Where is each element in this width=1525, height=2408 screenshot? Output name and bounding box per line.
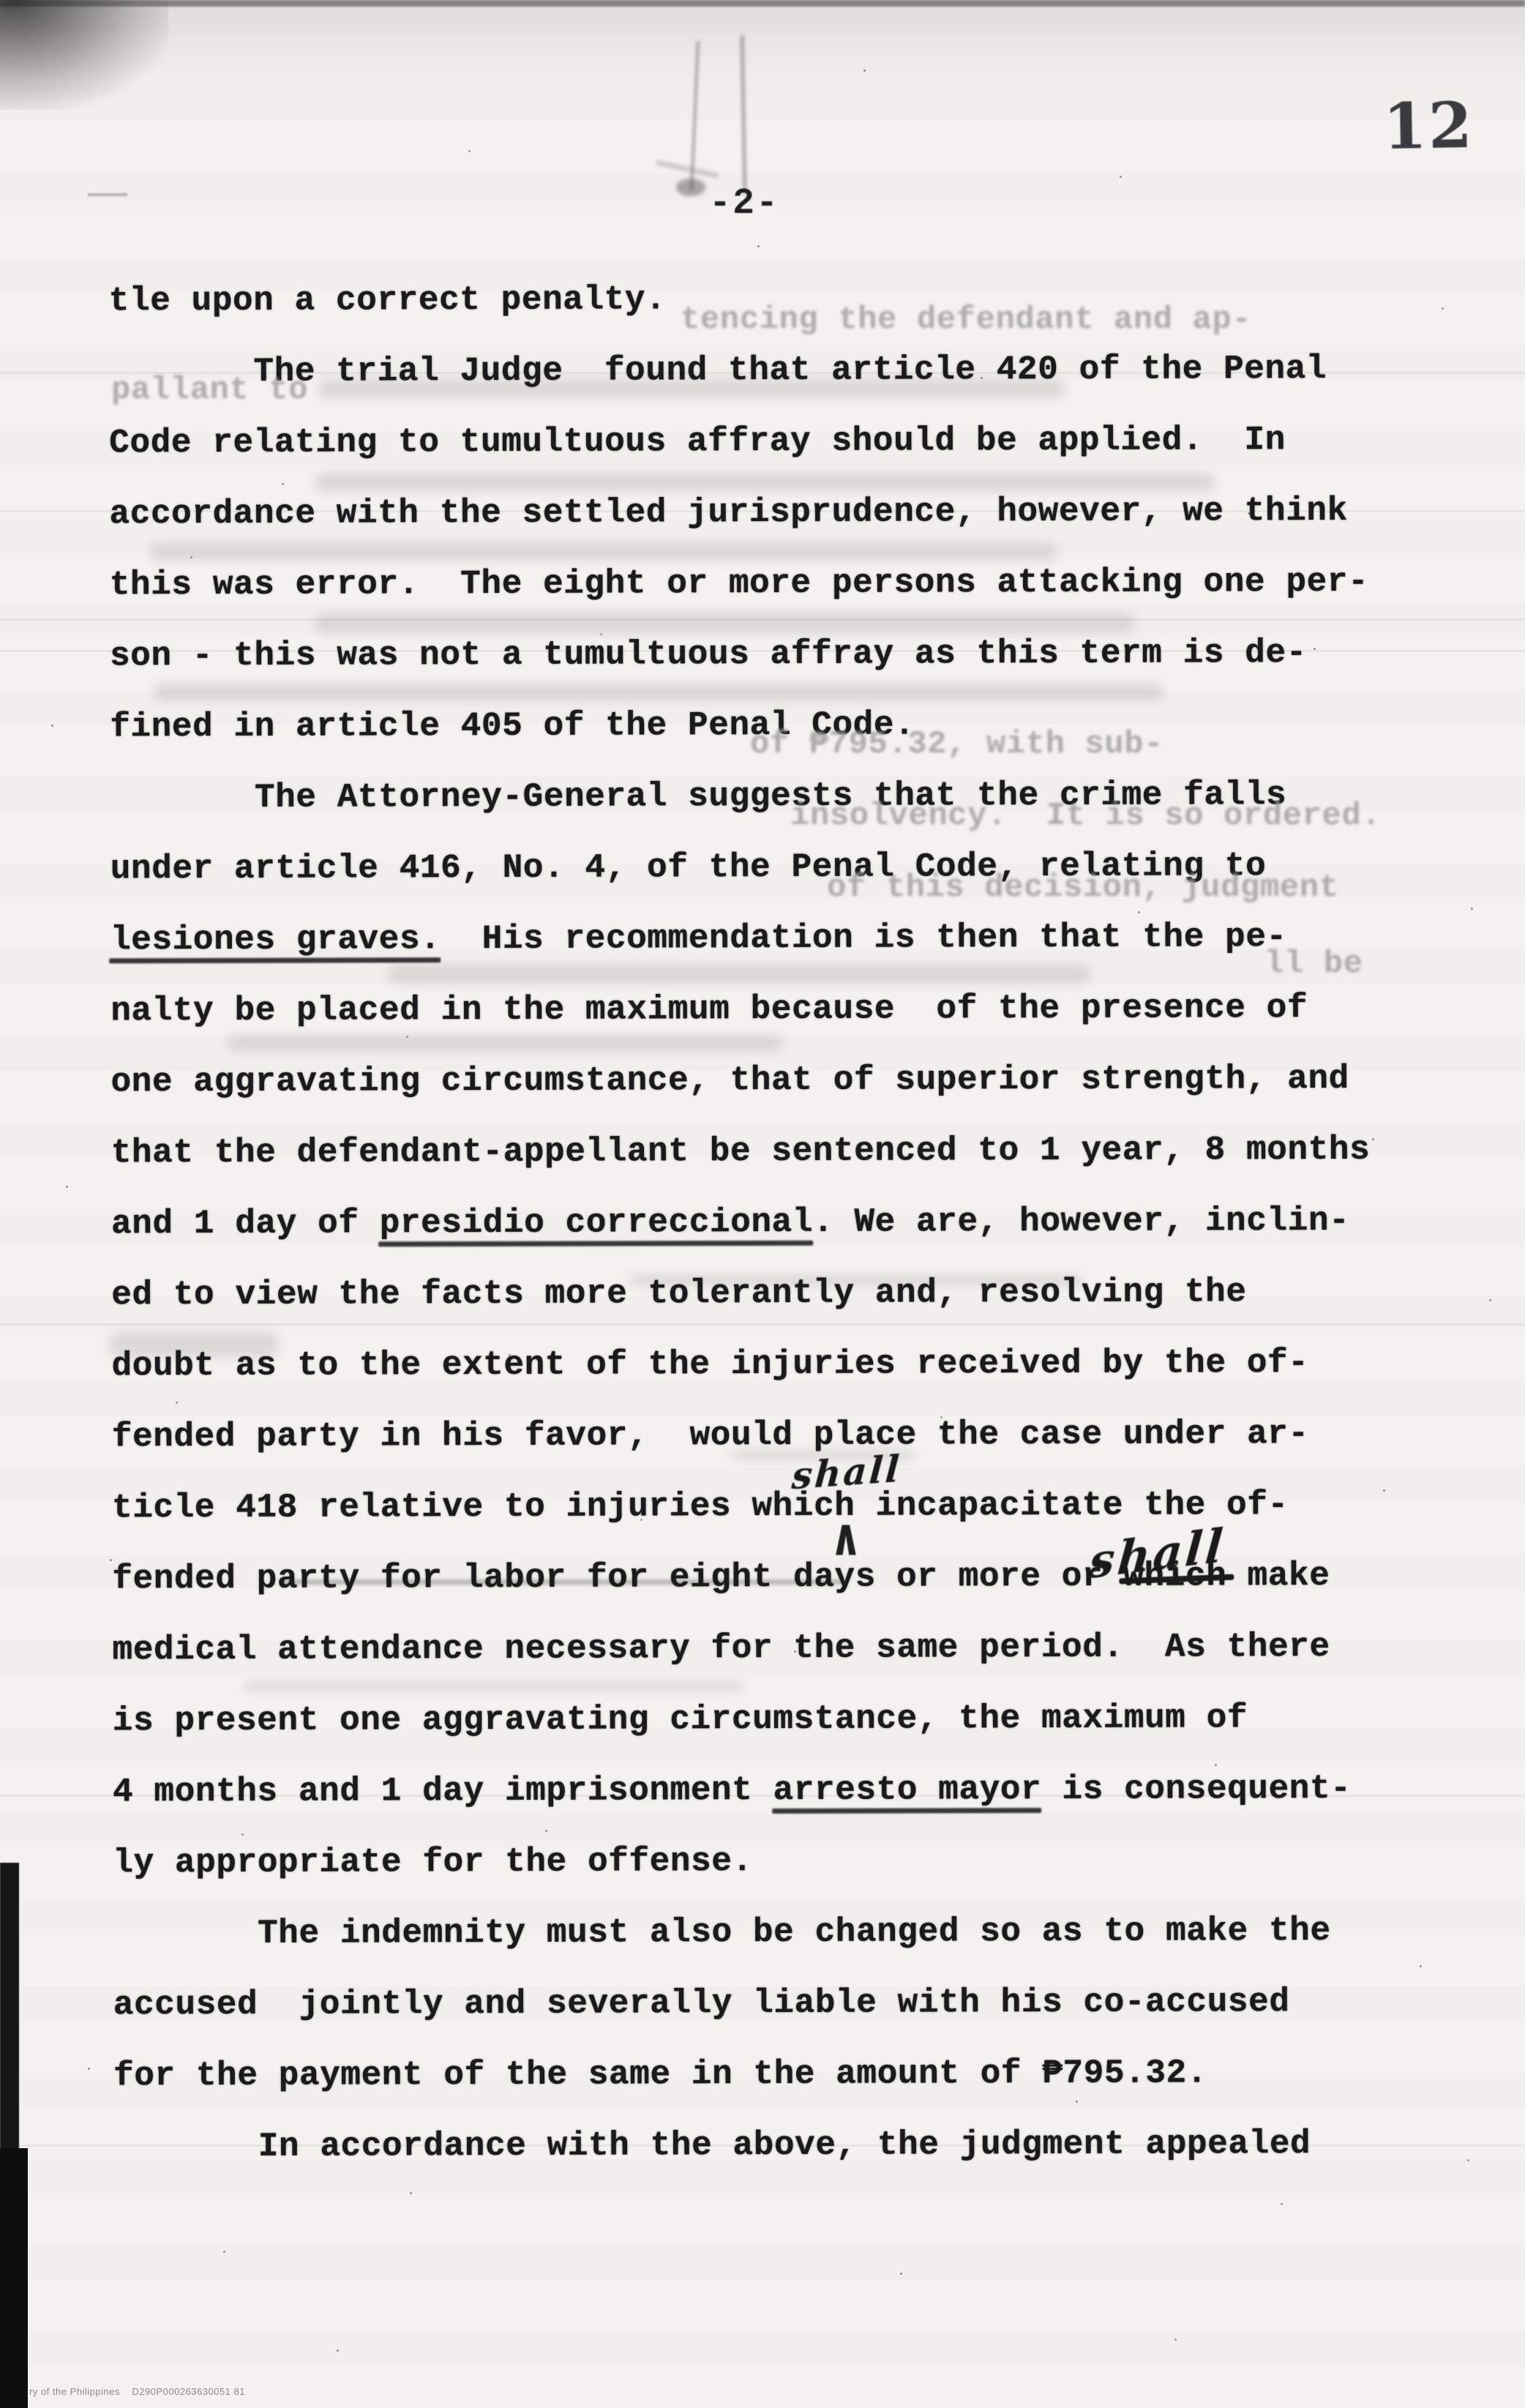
typed-line: The indemnity must also be changed so as… <box>113 1910 1331 1955</box>
typed-line: tle upon a correct penalty. <box>109 278 667 322</box>
typed-text: is present one aggravating circumstance,… <box>113 1699 1248 1740</box>
typed-text: His recommendation is then that the pe- <box>441 918 1287 958</box>
library-watermark: ry of the Philippines D290P000263630051 … <box>29 2386 245 2397</box>
typed-text: medical attendance necessary for the sam… <box>113 1628 1330 1669</box>
handwritten-insert-word: shall <box>790 1447 903 1498</box>
ghost-text-fragment: of this decision, judgment <box>827 870 1339 906</box>
typed-text: accused jointly and severally liable wit… <box>113 1983 1290 2024</box>
typed-line: for the payment of the same in the amoun… <box>113 2052 1207 2097</box>
typed-text: son - this was not a tumultuous affray a… <box>110 634 1307 675</box>
typed-line: medical attendance necessary for the sam… <box>113 1626 1330 1671</box>
underlined-term: presidio correccional <box>380 1203 813 1243</box>
typed-line: nalty be placed in the maximum because o… <box>110 987 1308 1032</box>
typed-text: is consequent- <box>1041 1770 1351 1809</box>
typed-line: fended party in his favor, would place t… <box>112 1413 1309 1458</box>
typed-text: . We are, however, inclin- <box>813 1202 1349 1241</box>
typed-line: this was error. The eight or more person… <box>110 561 1369 607</box>
ghost-text-fragment: ll be <box>1264 946 1363 982</box>
underlined-term: lesiones graves. <box>110 920 441 959</box>
typed-line: is present one aggravating circumstance,… <box>113 1697 1248 1742</box>
typed-text: ticle 418 relative to injuries which inc… <box>112 1486 1289 1527</box>
typed-text: doubt as to the extent of the injuries r… <box>112 1344 1309 1385</box>
typed-text: make <box>1226 1557 1330 1595</box>
typed-line: ly appropriate for the offense. <box>113 1840 752 1884</box>
typed-text: fended party in his favor, would place t… <box>112 1415 1309 1456</box>
typed-line: son - this was not a tumultuous affray a… <box>110 632 1307 677</box>
typed-line: accused jointly and severally liable wit… <box>113 1981 1290 2026</box>
scanned-document-page: { "page": { "corner_page_number": "12", … <box>0 0 1525 2408</box>
typed-line: doubt as to the extent of the injuries r… <box>112 1342 1309 1387</box>
typed-text: fended party for labor for eight days or… <box>112 1558 1123 1599</box>
typed-text: ly appropriate for the offense. <box>113 1842 752 1882</box>
typed-text: The indemnity must also be changed so as… <box>113 1912 1331 1953</box>
handwritten-caret-mark: ∧ <box>830 1506 862 1567</box>
typed-text: for the payment of the same in the amoun… <box>113 2054 1207 2095</box>
ghost-text-fragment: insolvency. It is so ordered. <box>790 798 1381 834</box>
ghost-text-fragment: tencing the defendant and ap- <box>681 302 1251 338</box>
typed-text: In accordance with the above, the judgme… <box>113 2125 1311 2166</box>
scan-edge-bar <box>0 2148 28 2408</box>
typed-line: one aggravating circumstance, that of su… <box>110 1058 1349 1103</box>
typed-line: and 1 day of presidio correccional. We a… <box>111 1200 1349 1245</box>
typed-text: accordance with the settled jurisprudenc… <box>109 492 1347 533</box>
typed-line: ed to view the facts more tolerantly and… <box>111 1271 1246 1316</box>
typed-text: ed to view the facts more tolerantly and… <box>111 1273 1246 1314</box>
typed-line: lesiones graves. His recommendation is t… <box>110 916 1287 961</box>
typed-text: tle upon a correct penalty. <box>109 280 667 320</box>
typed-line: 4 months and 1 day imprisonment arresto … <box>113 1768 1351 1813</box>
ghost-text-fragment: of ₱795.32, with sub- <box>750 726 1164 763</box>
typed-line: ticle 418 relative to injuries which inc… <box>112 1484 1289 1529</box>
typed-line: Code relating to tumultuous affray shoul… <box>109 419 1286 464</box>
typed-text: that the defendant-appellant be sentence… <box>111 1131 1371 1173</box>
typed-text: this was error. The eight or more person… <box>110 563 1369 605</box>
typed-text: one aggravating circumstance, that of su… <box>110 1060 1349 1101</box>
typed-text: and 1 day of <box>111 1204 380 1243</box>
typed-text: nalty be placed in the maximum because o… <box>110 989 1308 1030</box>
typed-text: 4 months and 1 day imprisonment <box>113 1771 773 1811</box>
typed-line: accordance with the settled jurisprudenc… <box>109 490 1347 535</box>
typed-line: In accordance with the above, the judgme… <box>113 2123 1311 2168</box>
ghost-text-fragment: pallant to <box>111 372 308 408</box>
typed-line: that the defendant-appellant be sentence… <box>111 1129 1371 1175</box>
underlined-term: arresto mayor <box>773 1771 1042 1809</box>
typed-text-block: tle upon a correct penalty. The trial Ju… <box>0 0 1525 2408</box>
typed-text: Code relating to tumultuous affray shoul… <box>109 421 1286 462</box>
